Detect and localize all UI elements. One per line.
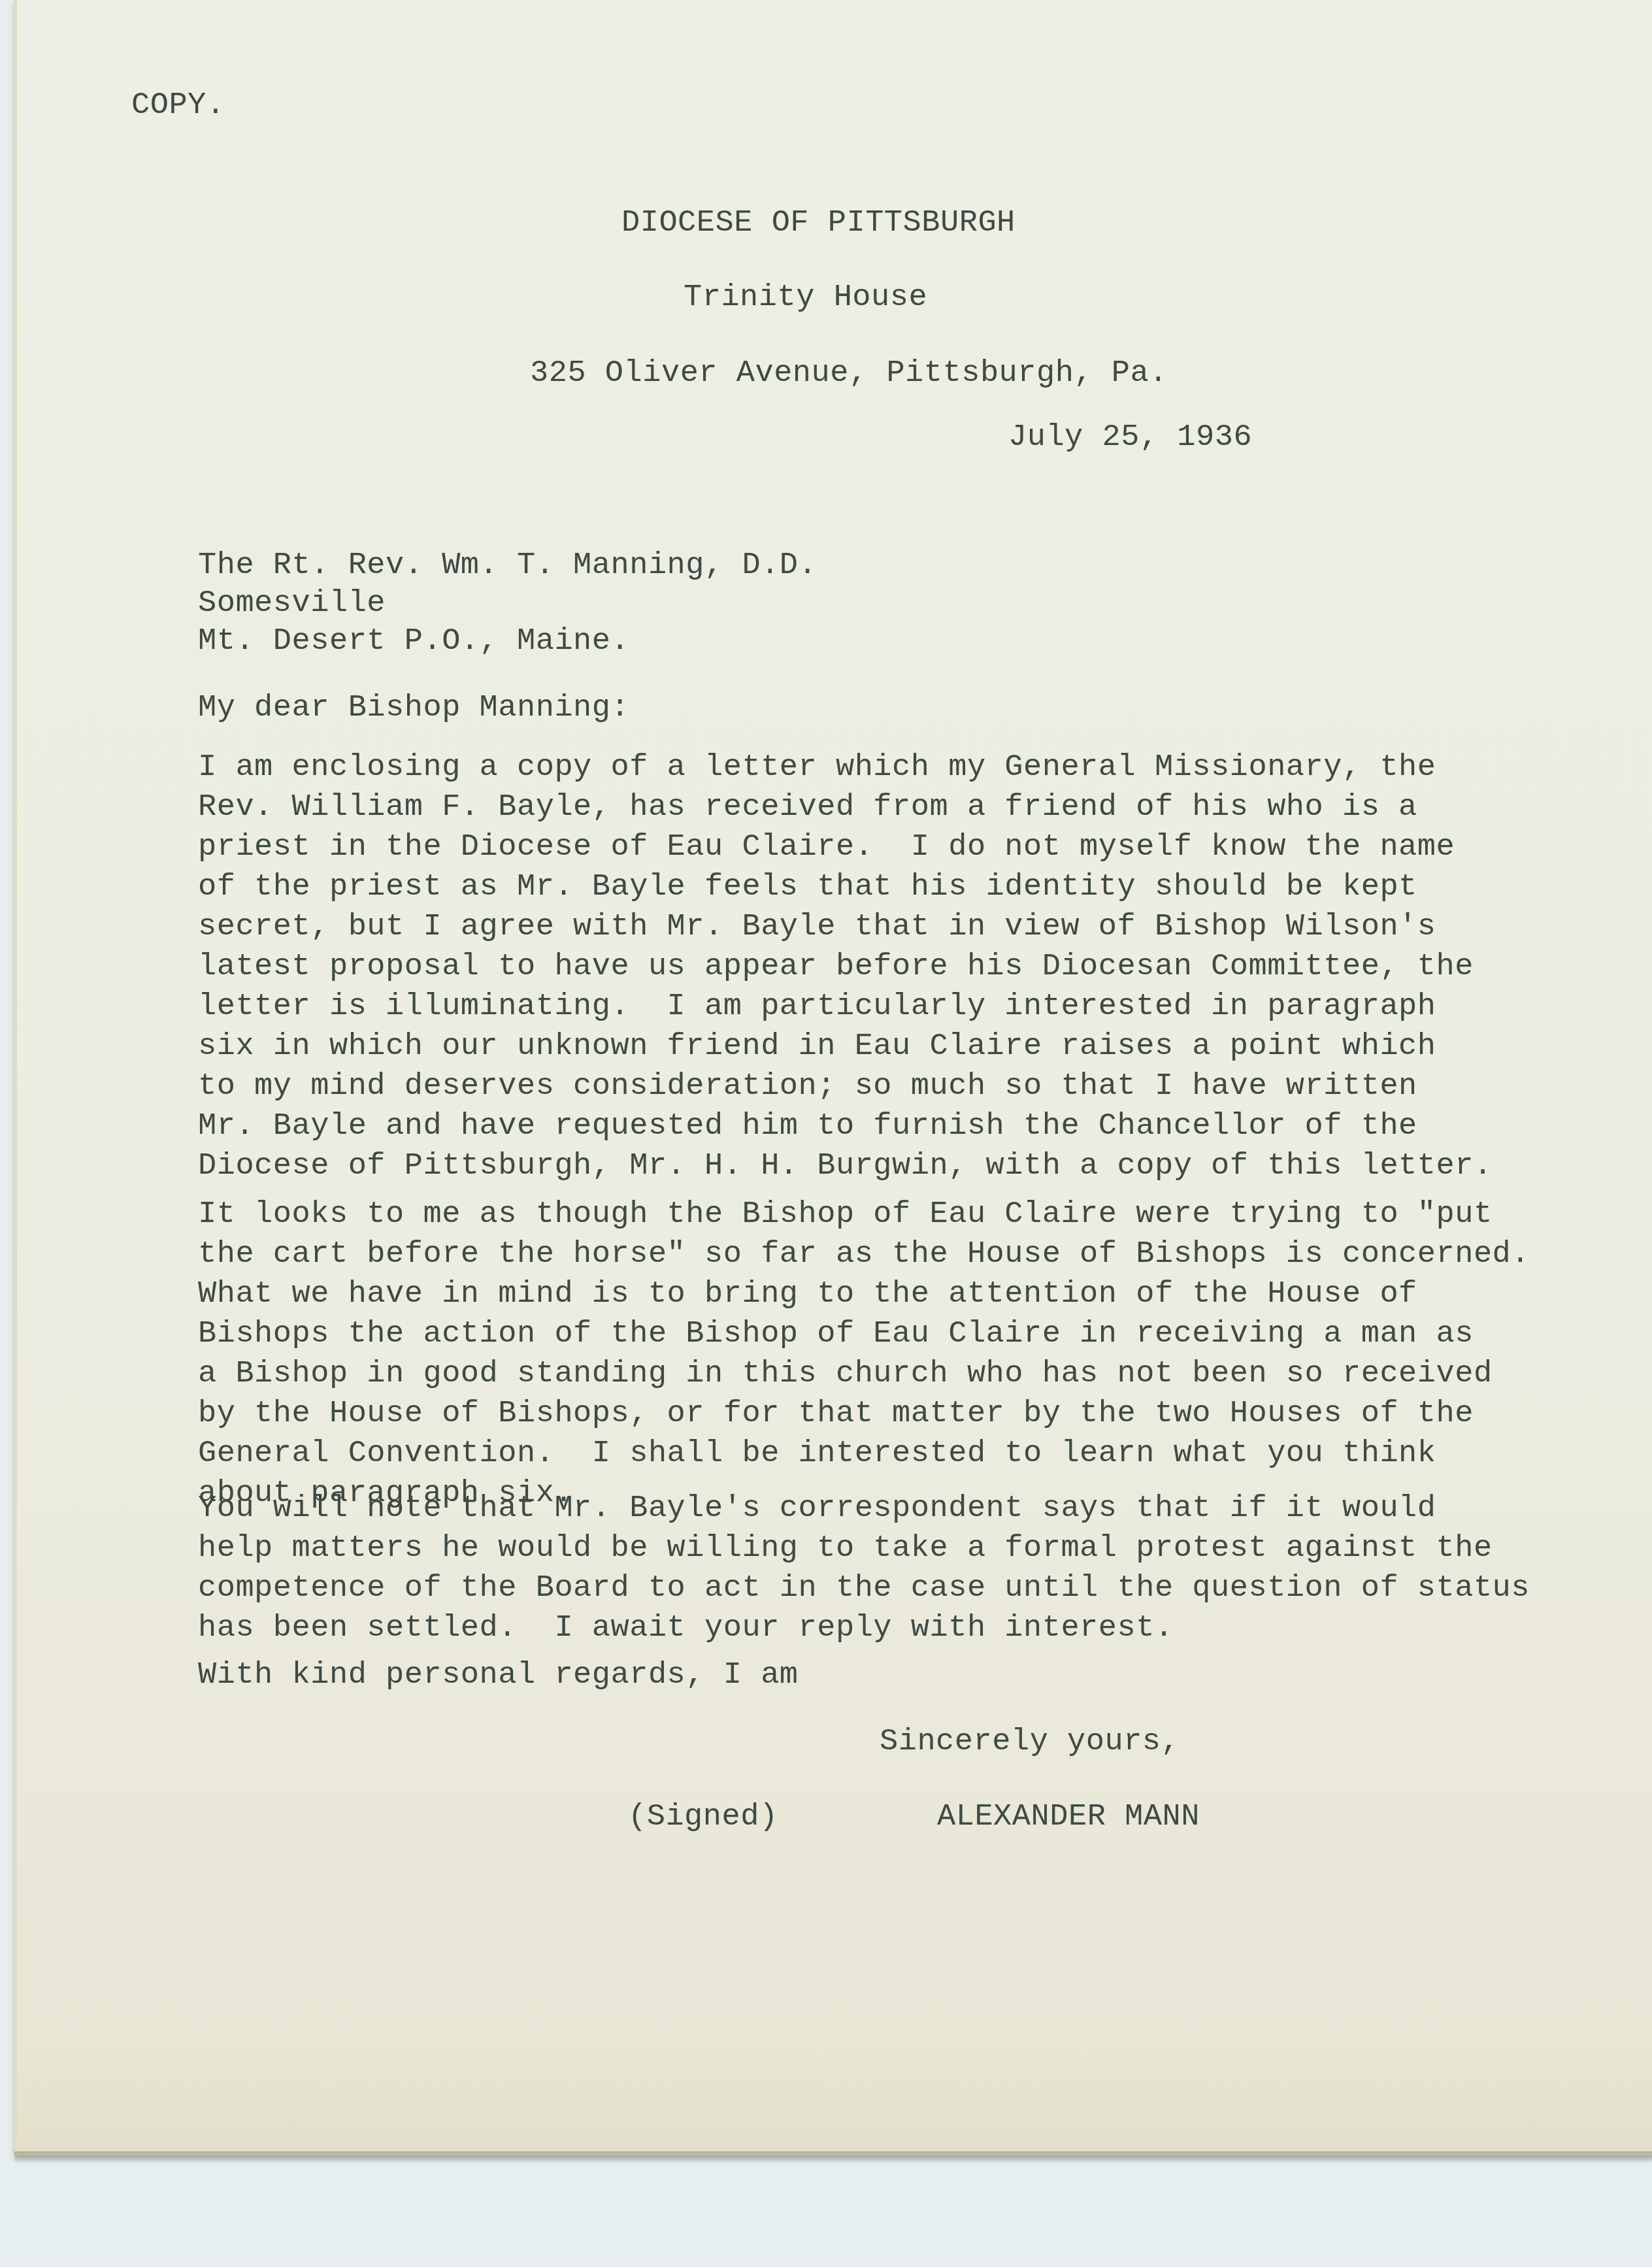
body-line: has been settled. I await your reply wit… — [198, 1611, 1636, 1651]
body-line: Mr. Bayle and have requested him to furn… — [198, 1109, 1636, 1149]
body-line: by the House of Bishops, or for that mat… — [198, 1397, 1636, 1436]
signature-note: (Signed) — [628, 1802, 778, 1832]
body-line: It looks to me as though the Bishop of E… — [198, 1197, 1636, 1237]
recipient-post-office: Mt. Desert P.O., Maine. — [198, 626, 629, 657]
body-line: General Convention. I shall be intereste… — [198, 1436, 1636, 1476]
body-line: the cart before the horse" so far as the… — [198, 1237, 1636, 1277]
body-line: a Bishop in good standing in this church… — [198, 1357, 1636, 1397]
body-line: You will note that Mr. Bayle's correspon… — [198, 1491, 1636, 1531]
recipient-town: Somesville — [198, 588, 386, 619]
body-line: six in which our unknown friend in Eau C… — [198, 1029, 1636, 1069]
body-line: priest in the Diocese of Eau Claire. I d… — [198, 830, 1636, 870]
closing-line: With kind personal regards, I am — [198, 1660, 799, 1691]
body-line: Rev. William F. Bayle, has received from… — [198, 790, 1636, 830]
letterhead-organization: DIOCESE OF PITTSBURGH — [621, 208, 1016, 239]
body-paragraph-2: It looks to me as though the Bishop of E… — [198, 1197, 1636, 1516]
body-line: What we have in mind is to bring to the … — [198, 1277, 1636, 1317]
letter-page: COPY. DIOCESE OF PITTSBURGH Trinity Hous… — [14, 0, 1652, 2155]
body-paragraph-1: I am enclosing a copy of a letter which … — [198, 750, 1636, 1189]
body-line: letter is illuminating. I am particularl… — [198, 989, 1636, 1029]
body-line: help matters he would be willing to take… — [198, 1531, 1636, 1571]
recipient-name: The Rt. Rev. Wm. T. Manning, D.D. — [198, 550, 817, 581]
letterhead-address: 325 Oliver Avenue, Pittsburgh, Pa. — [530, 358, 1168, 389]
body-line: of the priest as Mr. Bayle feels that hi… — [198, 870, 1636, 910]
salutation: My dear Bishop Manning: — [198, 693, 629, 723]
body-line: to my mind deserves consideration; so mu… — [198, 1069, 1636, 1109]
letter-date: July 25, 1936 — [1008, 422, 1252, 453]
complimentary-close: Sincerely yours, — [880, 1727, 1180, 1757]
body-line: Bishops the action of the Bishop of Eau … — [198, 1317, 1636, 1357]
copy-mark: COPY. — [131, 90, 225, 121]
body-line: competence of the Board to act in the ca… — [198, 1571, 1636, 1611]
paper-edge-shadow — [14, 2151, 1652, 2163]
body-line: secret, but I agree with Mr. Bayle that … — [198, 910, 1636, 950]
signer-name: ALEXANDER MANN — [937, 1802, 1200, 1832]
body-line: latest proposal to have us appear before… — [198, 950, 1636, 989]
body-paragraph-3: You will note that Mr. Bayle's correspon… — [198, 1491, 1636, 1651]
letterhead-building: Trinity House — [684, 282, 927, 313]
body-line: Diocese of Pittsburgh, Mr. H. H. Burgwin… — [198, 1149, 1636, 1189]
body-line: I am enclosing a copy of a letter which … — [198, 750, 1636, 790]
